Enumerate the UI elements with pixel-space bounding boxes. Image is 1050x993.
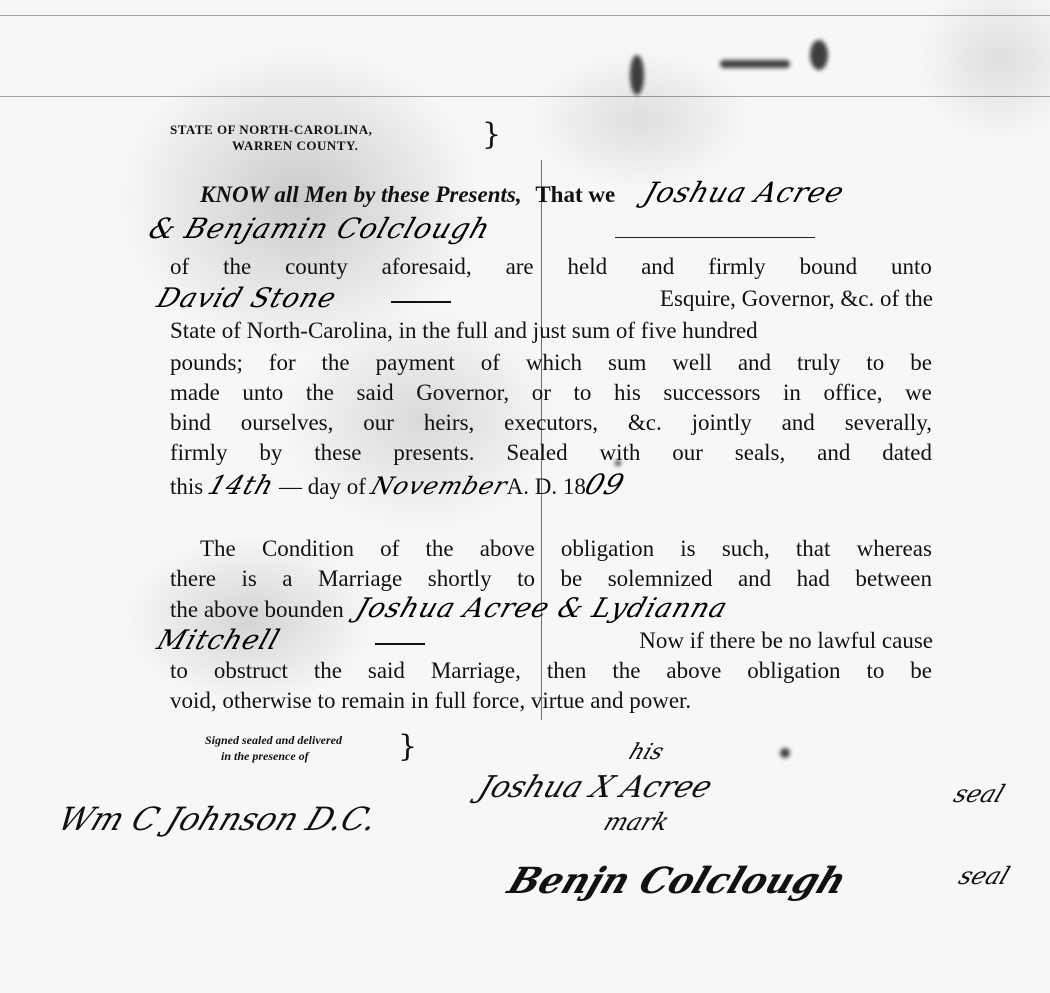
- his-label: his: [625, 740, 667, 765]
- bond-line-7: madeuntothesaidGovernor,ortohissuccessor…: [170, 378, 932, 408]
- handwritten-month: November: [367, 471, 512, 501]
- condition-line-4-printed: Now if there be no lawful cause: [545, 626, 933, 656]
- document-header: STATE OF NORTH-CAROLINA, WARREN COUNTY.: [170, 122, 372, 154]
- dash-line: [375, 643, 425, 645]
- bond-line-8: bindourselves,ourheirs,executors,&c.join…: [170, 408, 932, 438]
- arrow-line: [391, 301, 451, 303]
- scan-line: [0, 96, 1050, 97]
- handwritten-governor: David Stone: [153, 284, 340, 314]
- ink-blot: [810, 40, 828, 70]
- handwritten-couple: Joshua Acree & Lydianna: [353, 594, 732, 624]
- condition-line-4: Mitchell: [158, 626, 425, 657]
- county-title: WARREN COUNTY.: [170, 138, 372, 154]
- brace-icon: }: [482, 120, 501, 150]
- condition-line-3: the above bounden Joshua Acree & Lydiann…: [170, 594, 727, 625]
- mark-label: mark: [600, 808, 673, 836]
- bond-line-6: pounds;forthepaymentofwhichsumwellandtru…: [170, 348, 932, 378]
- bond-line-1: KNOW all Men by these Presents, That we …: [200, 178, 844, 210]
- condition-line-5: toobstructthesaidMarriage,thentheaboveob…: [170, 656, 932, 686]
- signer2-signature: Benjn Colclough: [502, 860, 852, 902]
- handwritten-day: 14th: [204, 471, 278, 501]
- bond-line-5: State of North-Carolina, in the full and…: [170, 316, 758, 346]
- handwritten-name: & Benjamin Colclough: [145, 214, 494, 244]
- handwritten-name: Joshua Acree: [640, 178, 848, 208]
- ink-blot: [780, 748, 790, 758]
- condition-line-1: TheConditionoftheaboveobligationissuch,t…: [200, 534, 932, 564]
- ink-blot: [720, 60, 790, 68]
- seal-1: seal: [950, 780, 1009, 808]
- bond-line-4-printed: Esquire, Governor, &c. of the: [553, 284, 933, 314]
- bond-line-4: David Stone: [158, 284, 451, 315]
- bond-line-2: & Benjamin Colclough: [150, 214, 815, 246]
- condition-line-2: thereisaMarriageshortlytobesolemnizedand…: [170, 564, 932, 594]
- brace-icon: }: [398, 732, 417, 762]
- scan-line: [0, 15, 1050, 16]
- state-title: STATE OF NORTH-CAROLINA,: [170, 122, 372, 138]
- witness-signature: Wm C Johnson D.C.: [53, 800, 383, 838]
- document-scan: STATE OF NORTH-CAROLINA, WARREN COUNTY. …: [0, 0, 1050, 993]
- signed-label: Signed sealed and delivered in the prese…: [205, 732, 342, 764]
- handwritten-surname: Mitchell: [153, 626, 284, 656]
- bond-line-3: ofthecountyaforesaid,areheldandfirmlybou…: [170, 252, 932, 282]
- seal-2: seal: [955, 862, 1014, 890]
- bond-line-10: this 14th — day of NovemberA. D. 1809: [170, 470, 624, 502]
- blank-line: [615, 237, 815, 238]
- bond-line-9: firmlybythesepresents.Sealedwithourseals…: [170, 438, 932, 468]
- signer1-signature: Joshua X Acree: [474, 770, 718, 805]
- handwritten-year: 09: [581, 470, 628, 500]
- condition-line-6: void, otherwise to remain in full force,…: [170, 686, 691, 716]
- ink-blot: [630, 55, 644, 95]
